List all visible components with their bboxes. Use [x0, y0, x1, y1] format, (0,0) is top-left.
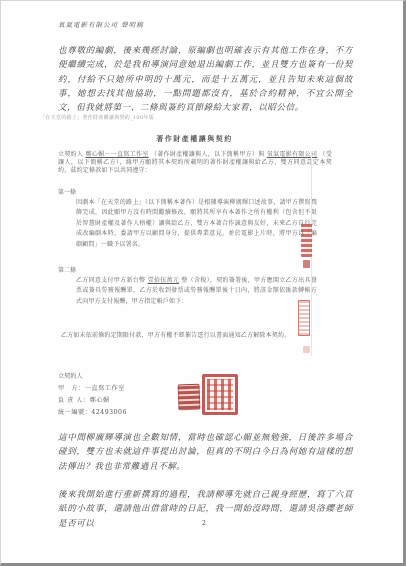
- statement-paragraph-1: 也尊敬的編劇，後來幾經討論，原編劇也明確表示有其他工作在身，不方便繼續完成，於是…: [58, 44, 353, 115]
- article-1-text: 因劇本「在天堂的路上」（以下簡稱本著作）是根據導演柳廣輝口述故事，請甲方撰寫潤飾…: [76, 198, 317, 250]
- article-2-label: 第二條: [58, 265, 76, 274]
- page-number: 2: [1, 519, 406, 527]
- party-a-name: 鄭心媚－一直寫工作室: [86, 151, 149, 158]
- signatories-label: 立契約人: [58, 371, 83, 380]
- preamble-text-1: 立契約人: [58, 151, 83, 158]
- contract-file-caption: 「在天堂的路上」著作財產權讓與契約_100年版: [40, 114, 154, 121]
- paging-seal-mark: [303, 260, 310, 268]
- contract-title: 著作財產權讓與契約: [56, 134, 333, 144]
- signature-tax-id: 統一編號：42493006: [58, 407, 127, 416]
- payment-amount: 壹拾伍萬元: [148, 277, 180, 284]
- preamble-text-2: （著作財產權讓與人，以下簡稱甲方）與: [151, 151, 265, 158]
- studio-seal-icon: [202, 374, 238, 415]
- article-1-label: 第一條: [58, 187, 76, 196]
- paging-seal-icon-3: [303, 346, 310, 353]
- personal-seal-icon: [178, 384, 201, 411]
- party-b-name: 氧氣電影有限公司: [267, 151, 318, 158]
- article-2-text: 乙方同意支付甲方新台幣 壹拾伍萬元 整（含稅），契約簽署後，甲方應開立乙方出具發…: [76, 276, 317, 307]
- signature-responsible-person: 負 責 人：鄭心媚: [58, 395, 110, 404]
- paging-seal-icon-2: [298, 300, 310, 336]
- termination-clause: 乙方如未依前條約定期限付款，甲方有權不經催告逕行以書面通知乙方解除本契約。: [61, 331, 297, 340]
- studio-seal-glyphs: [207, 379, 233, 410]
- statement-page: 氧氣電影有限公司 聲明稿 也尊敬的編劇，後來幾經討論，原編劇也明確表示有其他工作…: [0, 0, 406, 566]
- document-header: 氧氣電影有限公司 聲明稿: [58, 20, 144, 29]
- article-2-text-1: 乙方同意支付甲方新台幣: [76, 277, 145, 284]
- paging-seal-icon-1: [301, 223, 312, 257]
- contract-preamble: 立契約人 鄭心媚－一直寫工作室 （著作財產權讓與人，以下簡稱甲方）與 氧氣電影有…: [58, 151, 332, 176]
- statement-paragraph-2: 這中間柳廣輝導演也全數知情，當時也確認心媚並無勉強，日後許多場合碰到，雙方也未就…: [58, 431, 353, 474]
- signature-party-a: 甲 方：一直寫工作室: [58, 383, 125, 392]
